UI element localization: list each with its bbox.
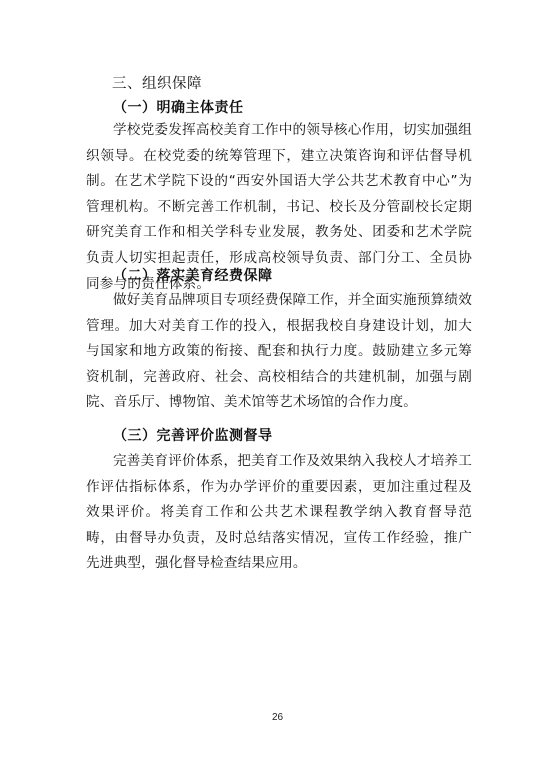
subsection-heading-2: （二）落实美育经费保障: [113, 265, 273, 285]
section-title: 三、组织保障: [112, 72, 202, 93]
page-number: 26: [0, 712, 555, 723]
subsection-heading-3: （三）完善评价监测督导: [113, 425, 273, 445]
document-page: 三、组织保障 （一）明确主体责任 学校党委发挥高校美育工作中的领导核心作用，切实…: [0, 0, 555, 757]
subsection-body-3: 完善美育评价体系，把美育工作及效果纳入我校人才培养工作评估指标体系，作为办学评价…: [86, 449, 472, 577]
subsection-heading-1: （一）明确主体责任: [113, 97, 244, 117]
subsection-body-2: 做好美育品牌项目专项经费保障工作，并全面实施预算绩效管理。加大对美育工作的投入，…: [86, 288, 472, 416]
